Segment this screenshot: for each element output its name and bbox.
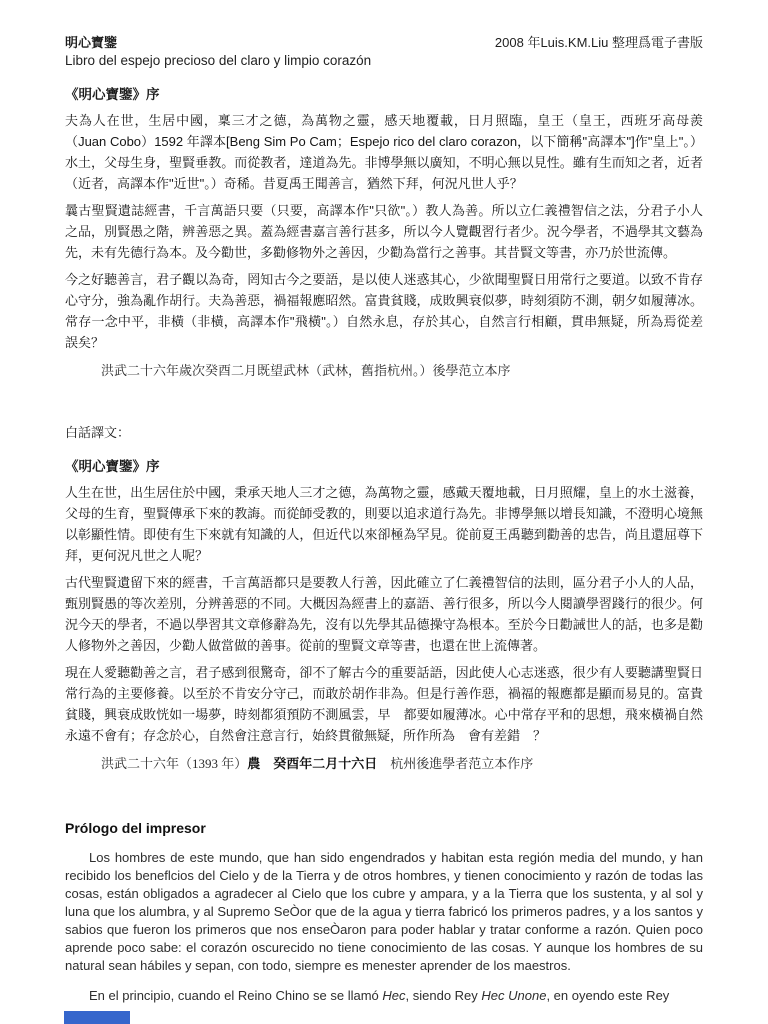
- spanish-paragraph-2-seg4: , en oyendo este Rey: [546, 988, 669, 1003]
- doc-title-es: Libro del espejo precioso del claro y li…: [65, 52, 703, 70]
- document-header: 明心寶鑒 2008 年Luis.KM.Liu 整理爲電子書版: [65, 34, 703, 52]
- classical-preface-heading: 《明心寶鑒》序: [65, 86, 703, 104]
- spanish-prologue-heading: Prólogo del impresor: [65, 819, 703, 837]
- document-page: 明心寶鑒 2008 年Luis.KM.Liu 整理爲電子書版 Libro del…: [0, 0, 768, 1024]
- bottom-blue-bar-fragment: [64, 1011, 130, 1024]
- spanish-paragraph-1: Los hombres de este mundo, que han sido …: [65, 849, 703, 975]
- spanish-paragraph-1-text: Los hombres de este mundo, que han sido …: [65, 850, 703, 973]
- vernacular-signature-author: 杭州後進學者范立本作序: [377, 756, 533, 771]
- spanish-paragraph-2-seg2: , siendo Rey: [406, 988, 482, 1003]
- vernacular-heading: 《明心寶鑒》序: [65, 458, 703, 476]
- edition-note: 2008 年Luis.KM.Liu 整理爲電子書版: [495, 34, 703, 52]
- vernacular-signature-date: 洪武二十六年（1393 年）: [101, 756, 247, 771]
- spanish-paragraph-2-seg0: En el principio, cuando el Reino Chino s…: [89, 988, 382, 1003]
- vernacular-paragraph-1: 人生在世，出生居住於中國，秉承天地人三才之德，為萬物之靈，感戴天覆地載，日月照耀…: [65, 482, 703, 566]
- classical-paragraph-1: 夫為人在世，生居中國，稟三才之德，為萬物之靈，感天地覆載，日月照臨，皇王（皇王，…: [65, 110, 703, 194]
- italic-term-hec: Hec: [382, 988, 405, 1003]
- spanish-paragraph-2: En el principio, cuando el Reino Chino s…: [65, 987, 703, 1005]
- vernacular-signature-lunar-date: 農 癸酉年二月十六日: [247, 756, 377, 771]
- classical-paragraph-3: 今之好聽善言，君子觀以為奇，罔知古今之要語，是以使人迷惑其心，少欲聞聖賢日用常行…: [65, 269, 703, 353]
- vernacular-signature: 洪武二十六年（1393 年）農 癸酉年二月十六日 杭州後進學者范立本作序: [65, 755, 703, 773]
- italic-term-hec-unone: Hec Unone: [481, 988, 546, 1003]
- classical-paragraph-2: 曩古聖賢遺誌經書，千言萬語只要（只要，高譯本作"只欲"。）教人為善。所以立仁義禮…: [65, 200, 703, 263]
- vernacular-paragraph-2: 古代聖賢遺留下來的經書，千言萬語都只是要教人行善，因此確立了仁義禮智信的法則，區…: [65, 572, 703, 656]
- vernacular-label: 白話譯文：: [65, 424, 703, 442]
- vernacular-paragraph-3: 現在人愛聽勸善之言，君子感到很驚奇，卻不了解古今的重要話語，因此使人心志迷惑，很…: [65, 662, 703, 746]
- doc-title-zh: 明心寶鑒: [65, 34, 117, 52]
- classical-signature: 洪武二十六年歲次癸酉二月既望武林（武林，舊指杭州。）後學范立本序: [65, 362, 703, 380]
